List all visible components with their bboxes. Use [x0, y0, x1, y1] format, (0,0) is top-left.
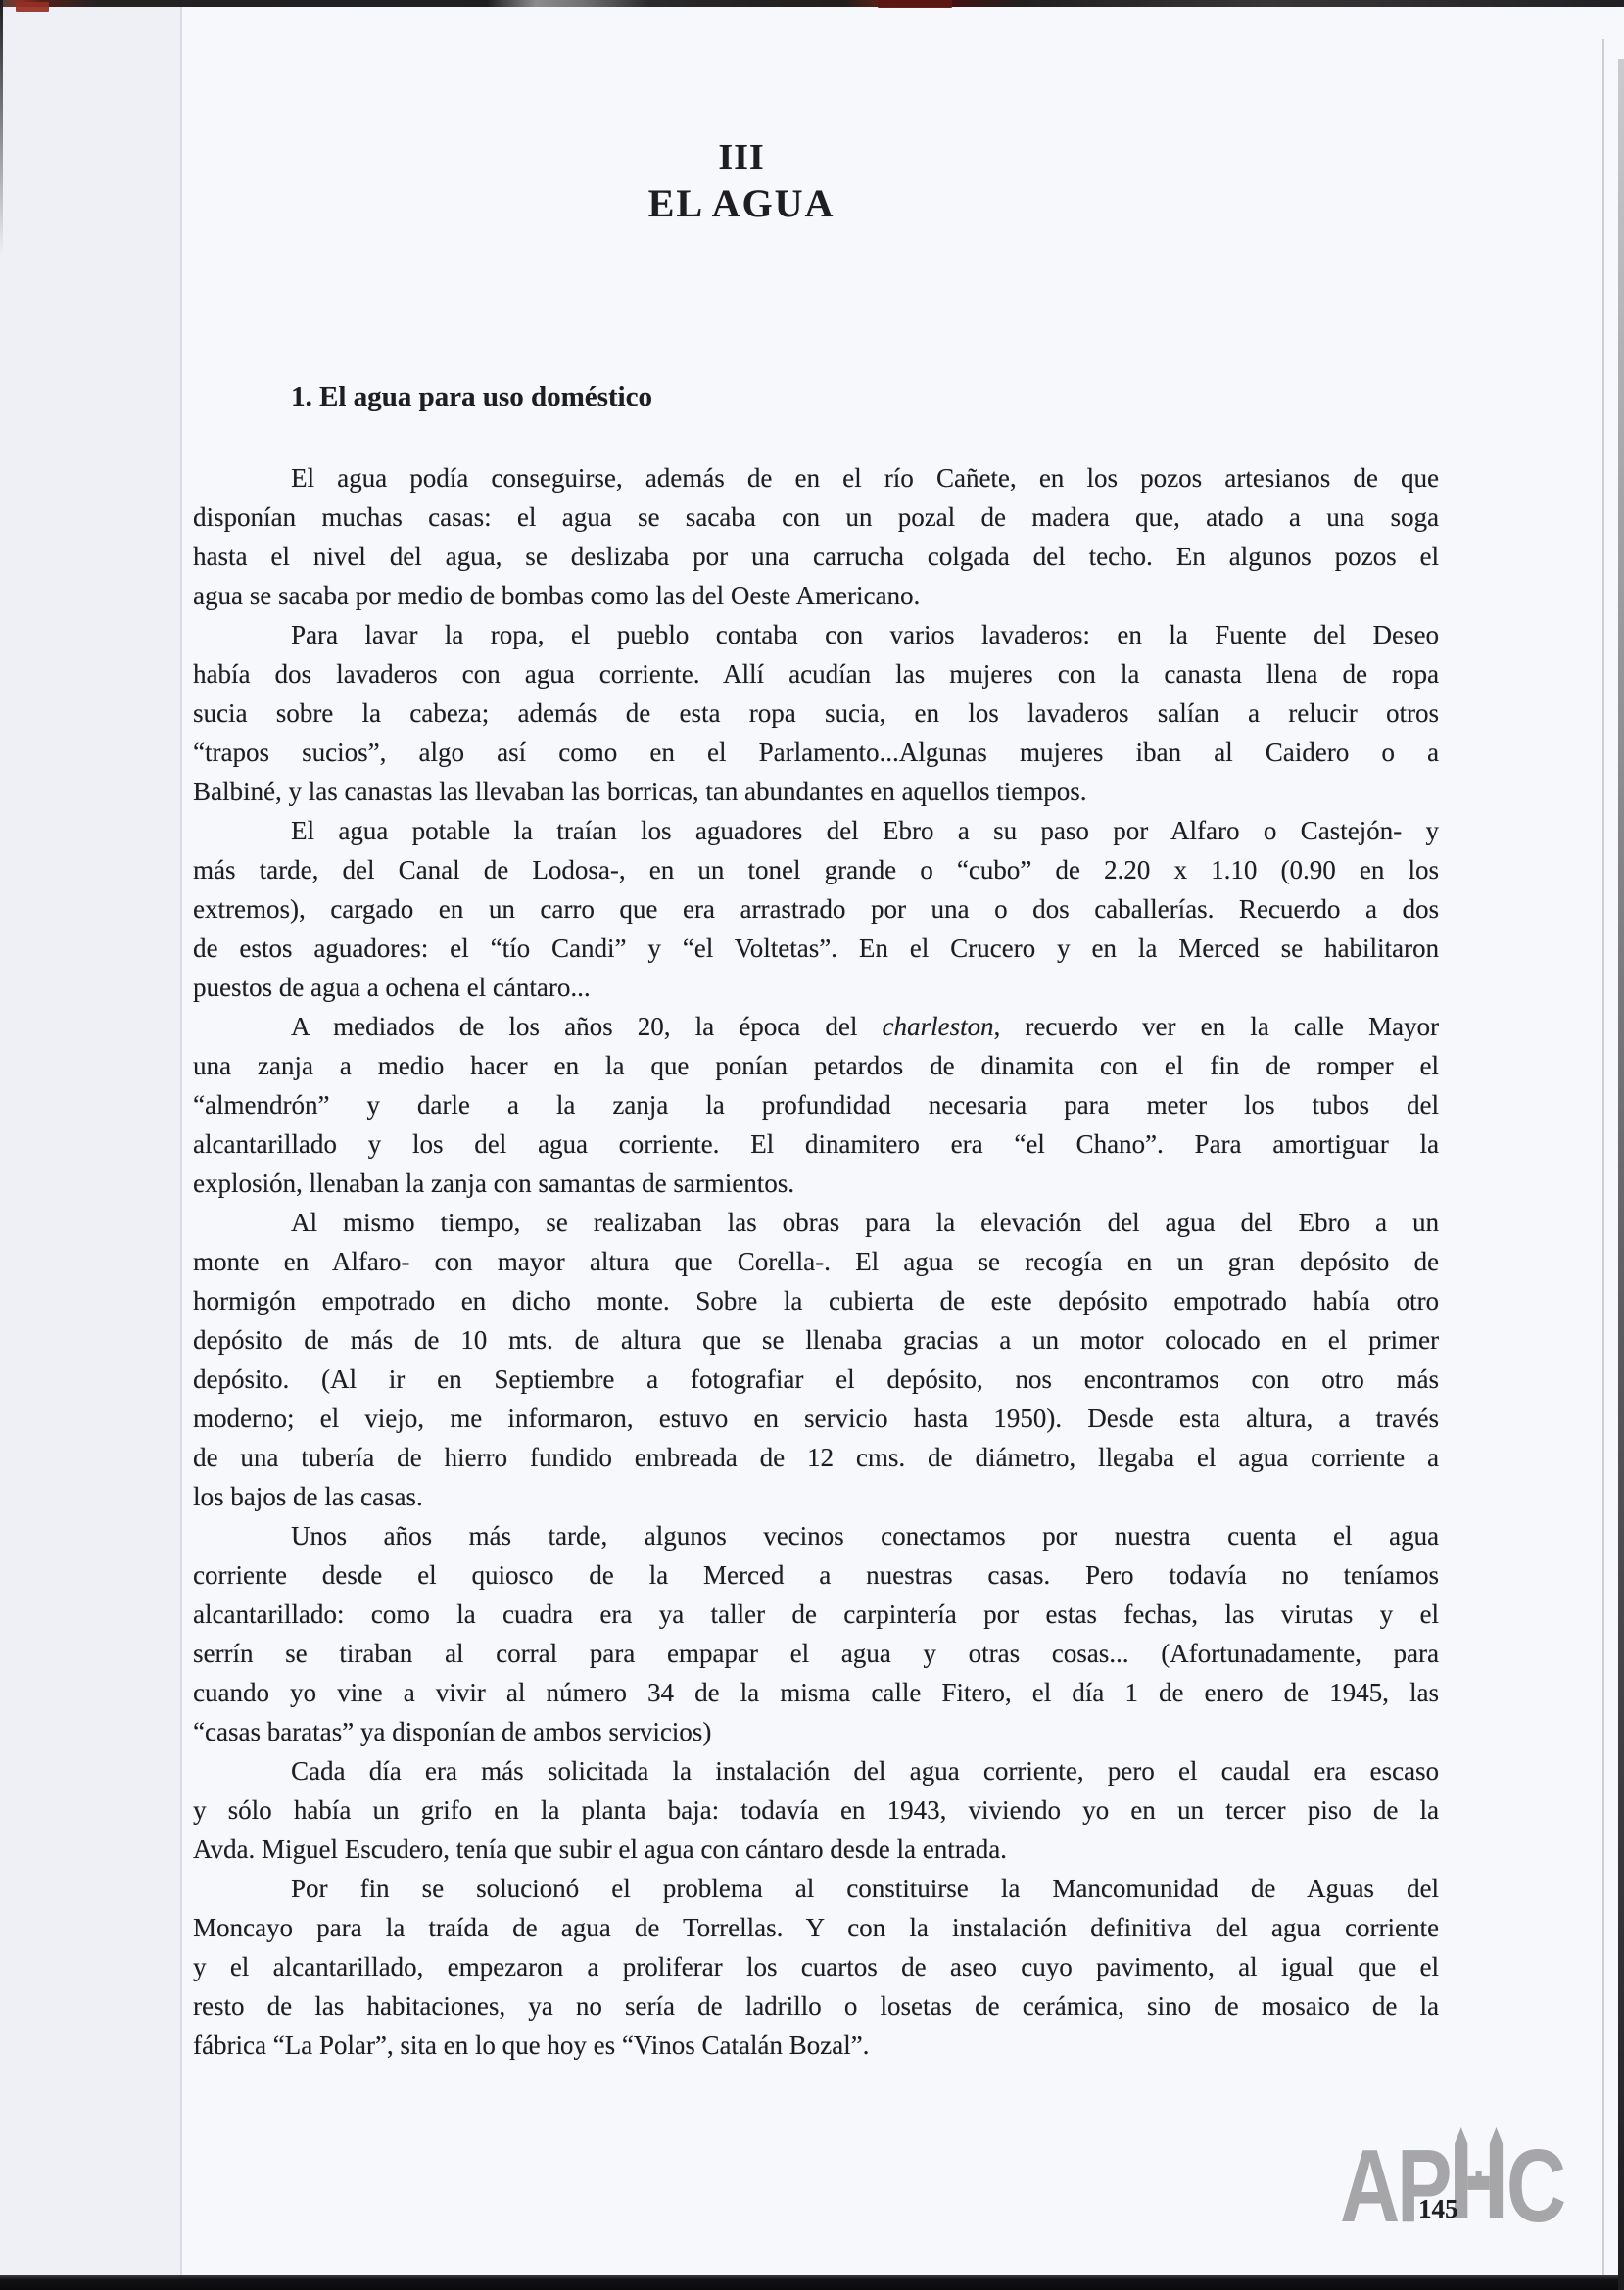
red-ink-mark-left — [16, 2, 49, 12]
text-line: había dos lavaderos con agua corriente. … — [193, 654, 1439, 693]
text-line: una zanja a medio hacer en la que ponían… — [193, 1046, 1439, 1085]
text-line: cuando yo vine a vivir al número 34 de l… — [193, 1673, 1439, 1712]
scan-top-border — [0, 0, 1624, 7]
text-line: hasta el nivel del agua, se deslizaba po… — [193, 537, 1439, 576]
text-line: corriente desde el quiosco de la Merced … — [193, 1555, 1439, 1595]
text-line: fábrica “La Polar”, sita en lo que hoy e… — [193, 2026, 1439, 2065]
section-heading: 1. El agua para uso doméstico — [291, 381, 652, 413]
text-line: Moncayo para la traída de agua de Torrel… — [193, 1908, 1439, 1947]
page-number: 145 — [1418, 2194, 1458, 2224]
text-line: Cada día era más solicitada la instalaci… — [193, 1751, 1439, 1790]
text-line: “casas baratas” ya disponían de ambos se… — [193, 1712, 1439, 1751]
text-line: y el alcantarillado, empezaron a prolife… — [193, 1947, 1439, 1986]
text-line: sucia sobre la cabeza; además de esta ro… — [193, 693, 1439, 733]
text-line: Por fin se solucionó el problema al cons… — [193, 1869, 1439, 1908]
text-line: más tarde, del Canal de Lodosa-, en un t… — [193, 850, 1439, 889]
text-line: Para lavar la ropa, el pueblo contaba co… — [193, 615, 1439, 654]
text-line: monte en Alfaro- con mayor altura que Co… — [193, 1242, 1439, 1281]
text-line: serrín se tiraban al corral para empapar… — [193, 1634, 1439, 1673]
text-line: Balbiné, y las canastas las llevaban las… — [193, 772, 1439, 811]
text-line: de una tubería de hierro fundido embread… — [193, 1438, 1439, 1477]
text-line: y sólo había un grifo en la planta baja:… — [193, 1790, 1439, 1830]
text-line: hormigón empotrado en dicho monte. Sobre… — [193, 1281, 1439, 1320]
text-line: explosión, llenaban la zanja con samanta… — [193, 1164, 1439, 1203]
scan-right-border — [1618, 59, 1624, 2290]
watermark-letter-c: C — [1506, 2134, 1563, 2238]
text-line: los bajos de las casas. — [193, 1477, 1439, 1516]
text-line: “almendrón” y darle a la zanja la profun… — [193, 1085, 1439, 1124]
text-line: El agua podía conseguirse, además de en … — [193, 458, 1439, 498]
text-line: El agua potable la traían los aguadores … — [193, 811, 1439, 850]
text-line: moderno; el viejo, me informaron, estuvo… — [193, 1399, 1439, 1438]
text-line: disponían muchas casas: el agua se sacab… — [193, 498, 1439, 537]
text-line: Avda. Miguel Escudero, tenía que subir e… — [193, 1830, 1439, 1869]
chapter-heading: III EL AGUA — [0, 135, 1553, 226]
text-line: Unos años más tarde, algunos vecinos con… — [193, 1516, 1439, 1555]
red-ink-mark-center — [878, 0, 952, 8]
page-fold-line — [180, 6, 182, 2278]
chapter-title: EL AGUA — [0, 181, 1553, 226]
text-line: Al mismo tiempo, se realizaban las obras… — [193, 1203, 1439, 1242]
chapter-number: III — [0, 135, 1553, 181]
text-line: alcantarillado y los del agua corriente.… — [193, 1124, 1439, 1164]
scan-page: III EL AGUA 1. El agua para uso doméstic… — [0, 0, 1624, 2290]
body-text: El agua podía conseguirse, además de en … — [193, 458, 1439, 2065]
text-line: depósito de más de 10 mts. de altura que… — [193, 1320, 1439, 1360]
text-line: depósito. (Al ir en Septiembre a fotogra… — [193, 1360, 1439, 1399]
text-line: extremos), cargado en un carro que era a… — [193, 889, 1439, 929]
aphc-tower-h-icon — [1454, 2127, 1504, 2218]
text-line: resto de las habitaciones, ya no sería d… — [193, 1986, 1439, 2026]
text-line: agua se sacaba por medio de bombas como … — [193, 576, 1439, 615]
text-line: de estos aguadores: el “tío Candi” y “el… — [193, 929, 1439, 968]
page-right-edge-line — [1602, 39, 1604, 2275]
text-line: alcantarillado: como la cuadra era ya ta… — [193, 1595, 1439, 1634]
text-line: puestos de agua a ochena el cántaro... — [193, 968, 1439, 1007]
scan-bottom-border — [0, 2275, 1624, 2290]
text-line: A mediados de los años 20, la época del … — [193, 1007, 1439, 1046]
page-left-margin — [0, 0, 182, 2290]
text-line: “trapos sucios”, algo así como en el Par… — [193, 733, 1439, 772]
